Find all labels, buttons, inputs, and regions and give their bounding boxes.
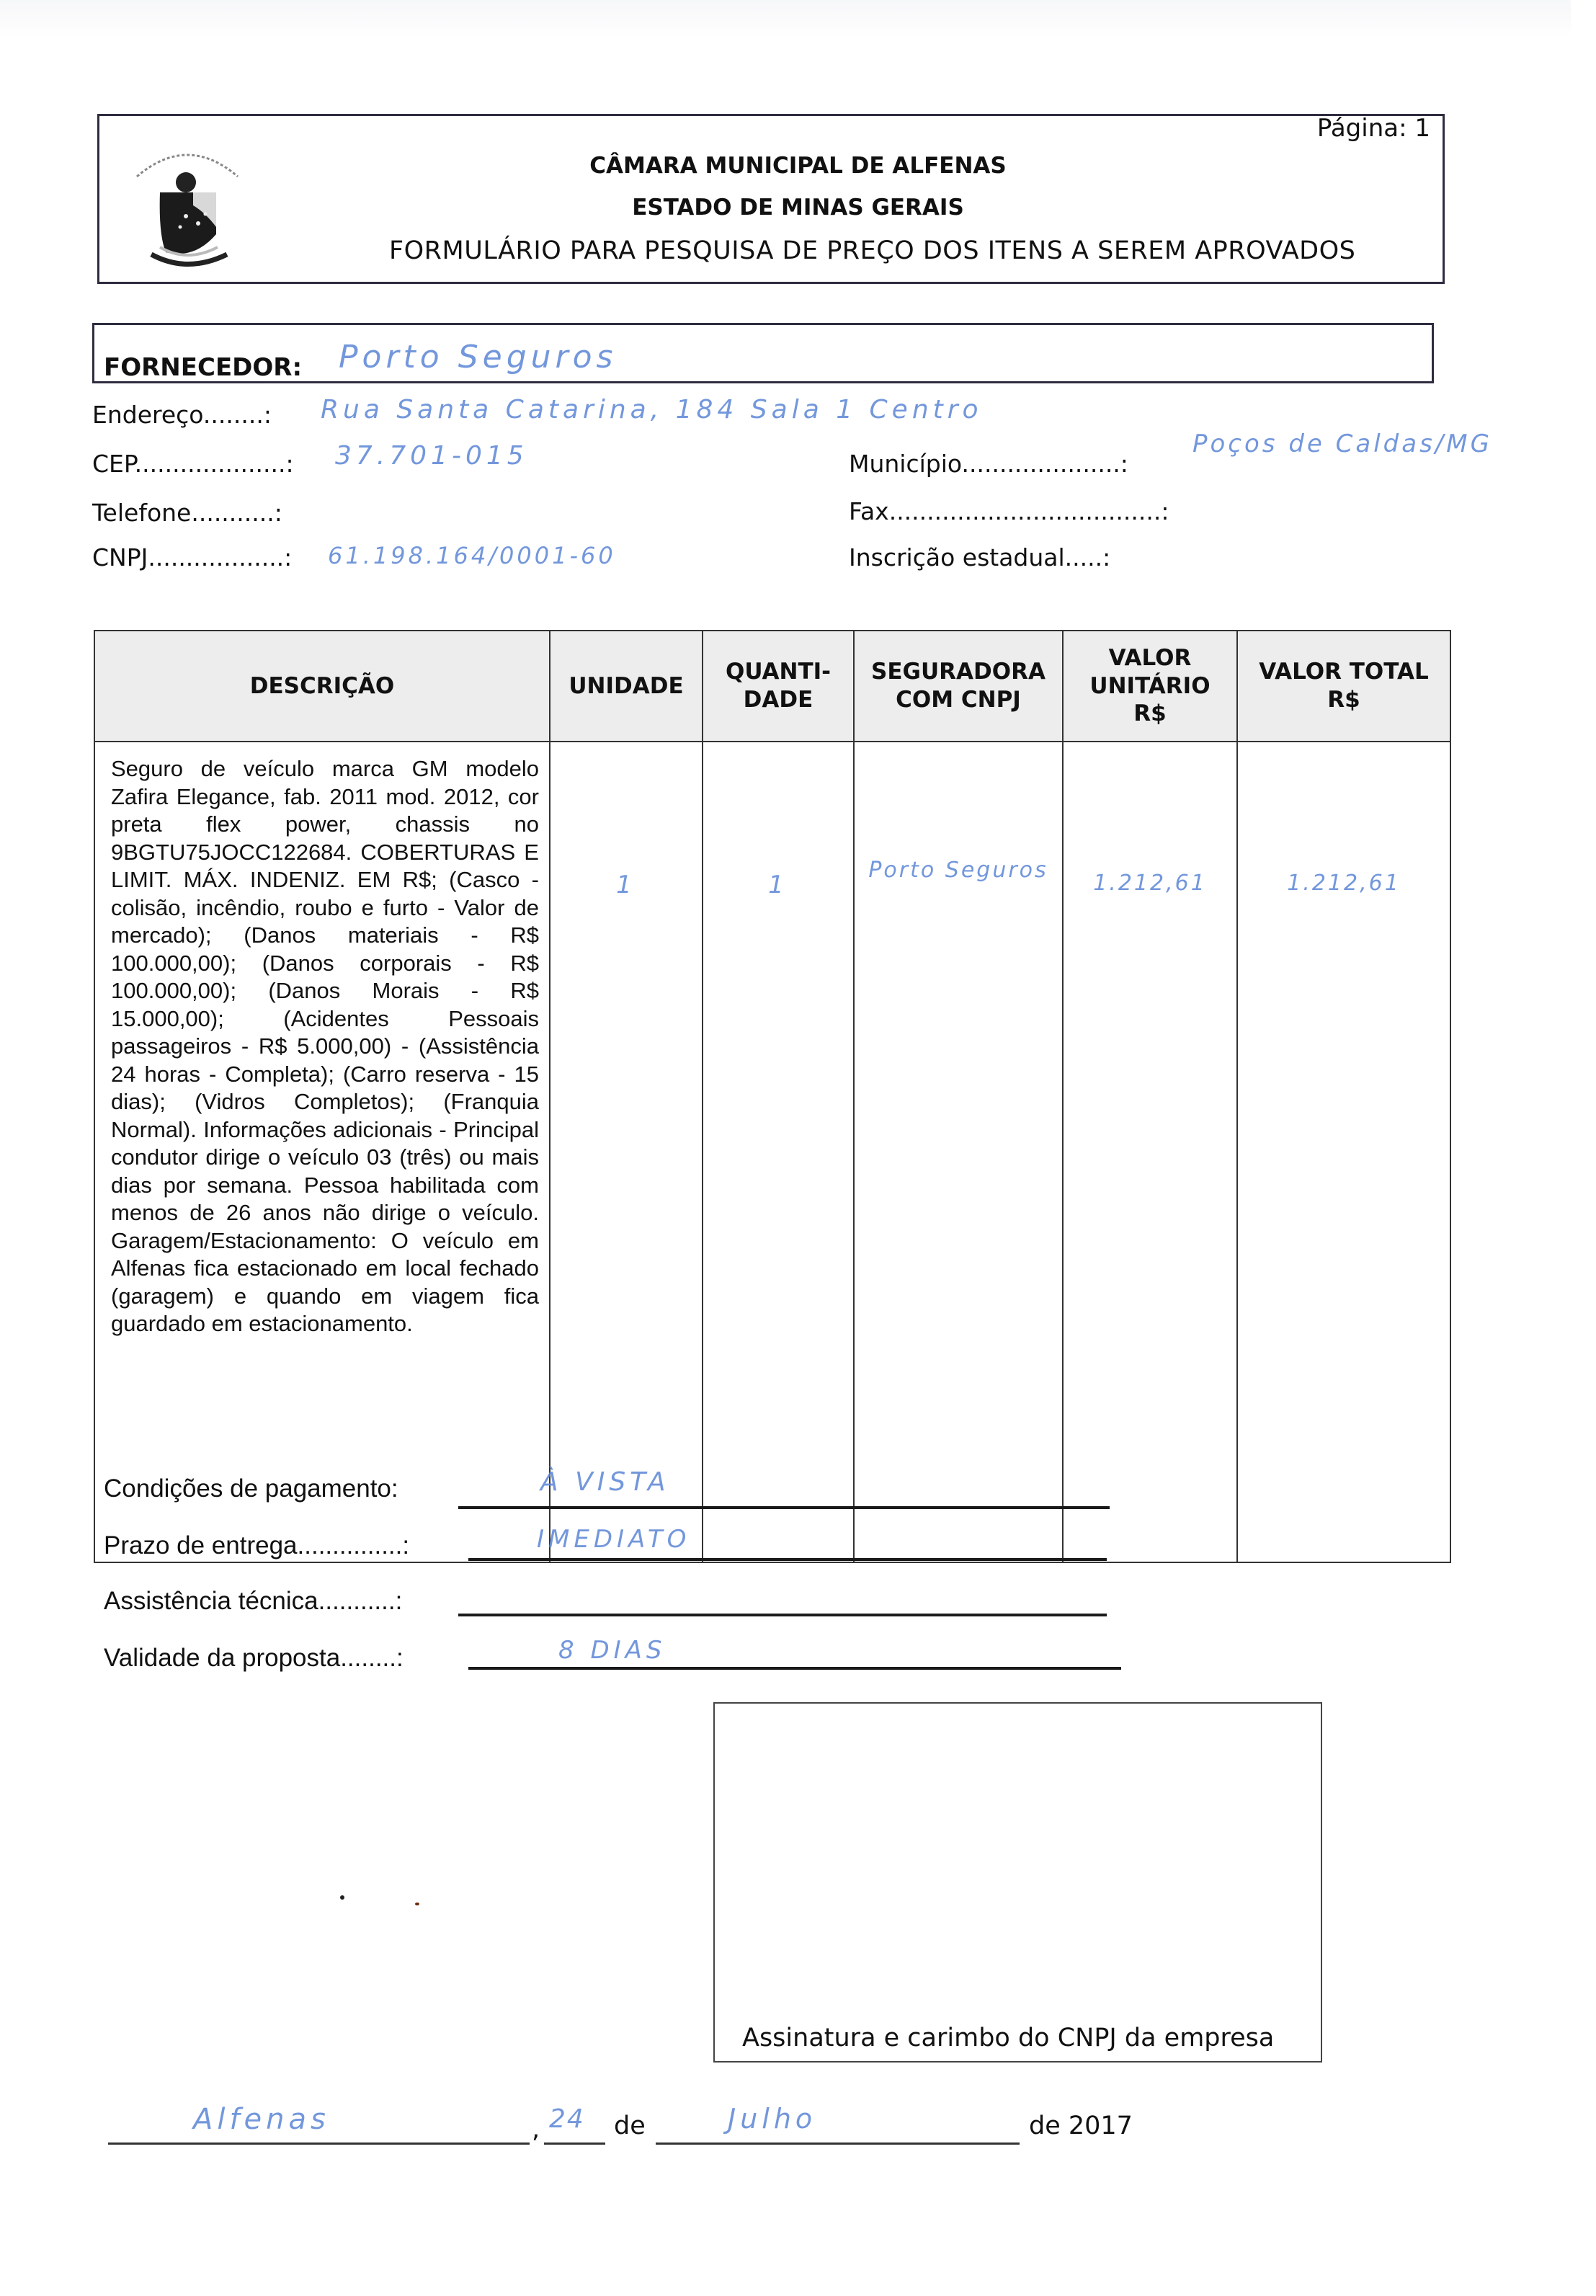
item-quantidade[interactable]: 1	[703, 742, 854, 1562]
item-description: Seguro de veículo marca GM modelo Zafira…	[94, 742, 550, 1562]
validade-line	[468, 1667, 1121, 1670]
prazo-value[interactable]: IMEDIATO	[537, 1525, 690, 1554]
cep-value[interactable]: 37.701-015	[335, 441, 528, 471]
date-year: de 2017	[1029, 2112, 1133, 2140]
validade-value[interactable]: 8 DIAS	[558, 1636, 667, 1665]
scan-speck	[415, 1903, 419, 1905]
pagamento-line	[458, 1506, 1110, 1509]
col-quantidade: QUANTI- DADE	[703, 631, 854, 742]
scan-speck	[340, 1895, 344, 1900]
validade-label: Validade da proposta........:	[104, 1644, 404, 1673]
col-valor-unitario: VALOR UNITÁRIO R$	[1063, 631, 1237, 742]
items-table: DESCRIÇÃO UNIDADE QUANTI- DADE SEGURADOR…	[94, 630, 1451, 1563]
day-value[interactable]: 24	[549, 2104, 585, 2134]
col-descricao: DESCRIÇÃO	[94, 631, 550, 742]
endereco-value[interactable]: Rua Santa Catarina, 184 Sala 1 Centro	[321, 395, 983, 424]
assistencia-label: Assistência técnica...........:	[104, 1587, 402, 1616]
prazo-line	[468, 1558, 1107, 1561]
date-comma: ,	[532, 2115, 540, 2144]
supplier-value[interactable]: Porto Seguros	[339, 339, 617, 375]
supplier-label: FORNECEDOR:	[104, 353, 302, 382]
municipio-value[interactable]: Poços de Caldas/MG	[1192, 430, 1492, 458]
month-value[interactable]: Julho	[728, 2103, 816, 2135]
col-valor-total: VALOR TOTAL R$	[1237, 631, 1450, 742]
col-seguradora: SEGURADORA COM CNPJ	[854, 631, 1063, 742]
signature-caption: Assinatura e carimbo do CNPJ da empresa	[742, 2024, 1274, 2052]
item-valor-unitario[interactable]: 1.212,61	[1063, 742, 1237, 1562]
scan-background-edge	[0, 0, 1571, 36]
city-value[interactable]: Alfenas	[193, 2103, 330, 2136]
month-line	[656, 2143, 1020, 2145]
state-name: ESTADO DE MINAS GERAIS	[0, 195, 1596, 221]
pagamento-label: Condições de pagamento:	[104, 1474, 398, 1503]
assistencia-line	[458, 1614, 1107, 1616]
table-row: Seguro de veículo marca GM modelo Zafira…	[94, 742, 1450, 1562]
page-number: Página: 1	[1317, 114, 1430, 143]
item-unidade[interactable]: 1	[550, 742, 703, 1562]
cnpj-value[interactable]: 61.198.164/0001-60	[328, 542, 616, 569]
city-line	[108, 2143, 530, 2145]
prazo-label: Prazo de entrega...............:	[104, 1531, 409, 1560]
item-seguradora[interactable]: Porto Seguros	[854, 742, 1063, 1562]
fax-label: Fax....................................:	[849, 497, 1169, 525]
item-valor-total[interactable]: 1.212,61	[1237, 742, 1450, 1562]
cep-label: CEP....................:	[92, 450, 294, 478]
institution-name: CÂMARA MUNICIPAL DE ALFENAS	[0, 153, 1596, 179]
endereco-label: Endereço........:	[92, 401, 272, 429]
col-unidade: UNIDADE	[550, 631, 703, 742]
telefone-label: Telefone...........:	[92, 499, 282, 527]
day-line	[544, 2143, 605, 2145]
pagamento-value[interactable]: À VISTA	[540, 1467, 669, 1497]
inscricao-label: Inscrição estadual.....:	[849, 543, 1110, 571]
signature-box[interactable]	[713, 1702, 1322, 2063]
municipio-label: Município.....................:	[849, 450, 1128, 478]
table-header-row: DESCRIÇÃO UNIDADE QUANTI- DADE SEGURADOR…	[94, 631, 1450, 742]
date-de-1: de	[614, 2112, 646, 2140]
cnpj-label: CNPJ..................:	[92, 543, 292, 571]
form-title: FORMULÁRIO PARA PESQUISA DE PREÇO DOS IT…	[389, 236, 1355, 265]
